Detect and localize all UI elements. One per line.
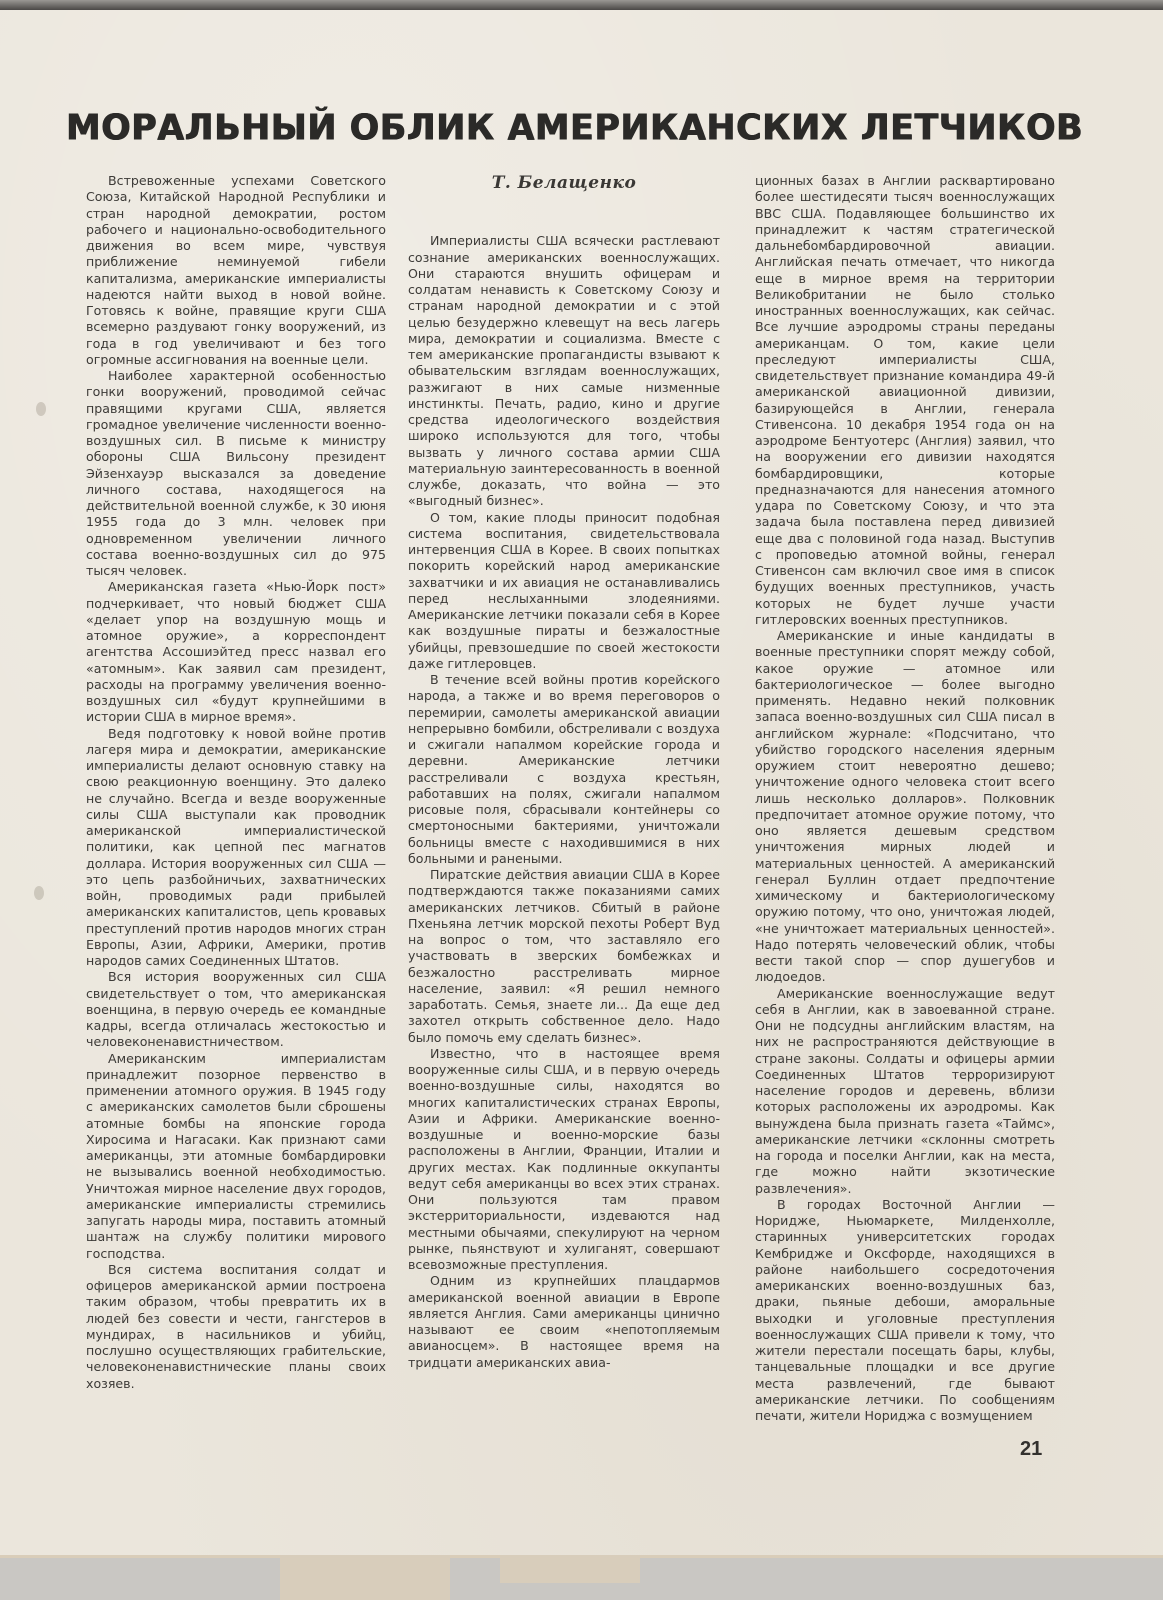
paragraph: В течение всей войны против корейского н… <box>408 672 720 867</box>
paragraph: В городах Восточной Англии — Нориджe, Нь… <box>755 1197 1055 1425</box>
article-title: МОРАЛЬНЫЙ ОБЛИК АМЕРИКАНСКИХ ЛЕТЧИКОВ <box>66 107 1083 149</box>
paragraph: Встревоженные успехами Советского Союза,… <box>86 173 386 368</box>
paragraph: Ведя подготовку к новой войне против лаг… <box>86 726 386 970</box>
text-column-2: Т. Белащенко Империалисты США всячески р… <box>408 175 720 1371</box>
paragraph: Американским империалистам принадлежит п… <box>86 1051 386 1262</box>
paragraph: Американская газета «Нью-Йорк пост» подч… <box>86 579 386 725</box>
paragraph: Одним из крупнейших плацдармов американс… <box>408 1273 720 1371</box>
paragraph: Наиболее характерной особенностью гонки … <box>86 368 386 579</box>
paper-blemish <box>34 886 44 900</box>
paragraph: Империалисты США всячески растлевают соз… <box>408 233 720 509</box>
paper-blemish <box>36 402 46 416</box>
paragraph: Вся история вооруженных сил США свидетел… <box>86 969 386 1050</box>
paragraph-continued: ционных базах в Англии расквартировано б… <box>755 173 1055 628</box>
text-column-1: Встревоженные успехами Советского Союза,… <box>86 173 386 1392</box>
paragraph: Вся система воспитания солдат и офицеров… <box>86 1262 386 1392</box>
magazine-page: МОРАЛЬНЫЙ ОБЛИК АМЕРИКАНСКИХ ЛЕТЧИКОВ Вс… <box>0 10 1163 1558</box>
paragraph: Пиратские действия авиации США в Корее п… <box>408 867 720 1046</box>
paper-tab-scrap <box>280 1555 450 1600</box>
paragraph: О том, какие плоды приносит подобная сис… <box>408 510 720 673</box>
text-column-3: ционных базах в Англии расквартировано б… <box>755 173 1055 1424</box>
page-number: 21 <box>1020 1438 1042 1461</box>
paragraph: Известно, что в настоящее время вооружен… <box>408 1046 720 1274</box>
paper-tab-scrap <box>500 1555 640 1583</box>
author-byline: Т. Белащенко <box>408 175 720 191</box>
paragraph: Американские военнослужащие ведут себя в… <box>755 986 1055 1197</box>
paragraph: Американские и иные кандидаты в военные … <box>755 628 1055 986</box>
